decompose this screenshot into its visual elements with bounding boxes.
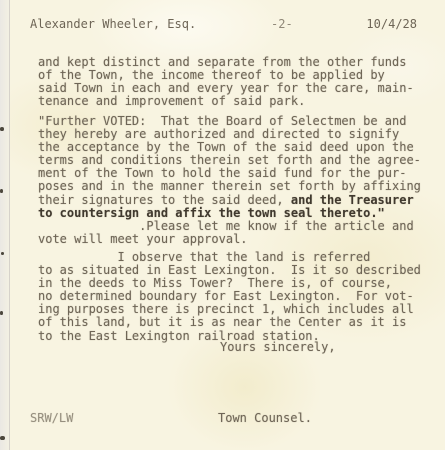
typed-text: of this land, but it is as near the Cent… [38, 315, 406, 329]
page-number: -2- [271, 17, 293, 31]
over-typed-text: to countersign and affix the town seal t… [38, 206, 385, 220]
typed-text: and kept distinct and separate from the … [38, 55, 406, 69]
typed-text: poses and in the manner therein set fort… [38, 179, 421, 193]
typed-text: their signatures to the said deed, [38, 193, 284, 207]
typed-text: of the Town, the income thereof to be ap… [38, 68, 385, 82]
letter-footer: SRW/LW Town Counsel. [30, 411, 417, 425]
letter-header: Alexander Wheeler, Esq. -2- 10/4/28 [30, 17, 417, 31]
paper-speck [0, 436, 5, 440]
paragraph-observation: I observe that the land is referredto as… [38, 251, 421, 343]
letter-page: Alexander Wheeler, Esq. -2- 10/4/28 and … [0, 0, 445, 450]
paper-speck [1, 252, 4, 255]
typed-text: to as situated in East Lexington. Is it … [38, 263, 421, 277]
typed-text: I observe that the land is referred [38, 250, 370, 264]
typed-text: they hereby are authorized and directed … [38, 127, 399, 141]
paper-speck [0, 189, 3, 193]
closing-salutation: Yours sincerely, [220, 340, 336, 354]
paragraph-vote: "Further VOTED: That the Board of Select… [38, 115, 421, 246]
recipient-name: Alexander Wheeler, Esq. [30, 17, 196, 31]
letter-date: 10/4/28 [366, 17, 417, 31]
paper-speck [0, 127, 4, 131]
over-typed-text: and the Treasurer [284, 193, 414, 207]
text-line: vote will meet your approval. [38, 233, 421, 246]
paper-speck [0, 311, 3, 315]
typed-text: .Please let me know if the article and [38, 219, 414, 233]
typed-text: "Further VOTED: That the Board of Select… [38, 114, 406, 128]
typed-text: vote will meet your approval. [38, 232, 248, 246]
text-line: tenance and improvement of said park. [38, 95, 414, 108]
signature-title: Town Counsel. [218, 411, 312, 425]
typist-initials: SRW/LW [30, 411, 73, 425]
paper-left-edge [0, 0, 10, 450]
paragraph-funds: and kept distinct and separate from the … [38, 56, 414, 108]
typed-text: tenance and improvement of said park. [38, 94, 305, 108]
